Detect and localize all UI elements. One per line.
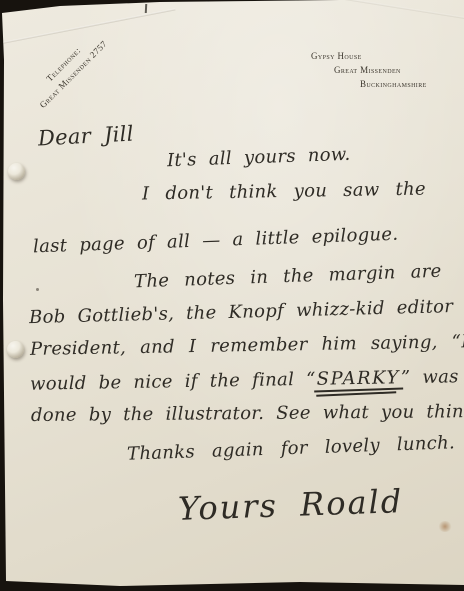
stain-mark: [438, 521, 452, 532]
sparky-emphasis: SPARKY: [316, 367, 402, 389]
handwriting-line: It's all yours now.: [167, 144, 351, 171]
address-line-town: Great Missenden: [334, 65, 401, 75]
paper-crease: [339, 0, 464, 21]
handwriting-line: would be nice if the final “SPARKY” was: [30, 366, 459, 394]
handwriting-line: done by the illustrator. See what you th…: [31, 401, 464, 426]
letter-photo: Telephone: Great Missenden 2757 Gypsy Ho…: [0, 0, 464, 591]
handwriting-line: I don't think you saw the: [142, 179, 426, 205]
line-text: would be nice if the final “: [30, 369, 316, 395]
letter-paper: Telephone: Great Missenden 2757 Gypsy Ho…: [0, 0, 464, 591]
telephone-label: Telephone:: [20, 21, 108, 109]
address-line-house: Gypsy House: [311, 51, 362, 61]
ink-mark: [145, 4, 147, 13]
salutation: Dear Jill: [37, 122, 134, 151]
line-text: ” was: [401, 366, 459, 388]
handwriting-line: The notes in the margin are: [134, 261, 442, 293]
handwriting-line: Bob Gottlieb's, the Knopf whizz-kid edit…: [29, 295, 464, 328]
letterhead-telephone: Telephone: Great Missenden 2757: [20, 21, 117, 118]
punch-hole: [8, 163, 25, 180]
handwriting-line: President, and I remember him saying, “I…: [30, 331, 464, 360]
signature: Yours Roald: [177, 482, 403, 528]
punch-hole: [7, 341, 24, 358]
handwriting-line: last page of all — a little epilogue.: [33, 224, 399, 258]
address-line-county: Buckinghamshire: [360, 79, 427, 89]
handwriting-line: Thanks again for lovely lunch.: [127, 432, 456, 464]
ink-speck: [36, 288, 39, 291]
